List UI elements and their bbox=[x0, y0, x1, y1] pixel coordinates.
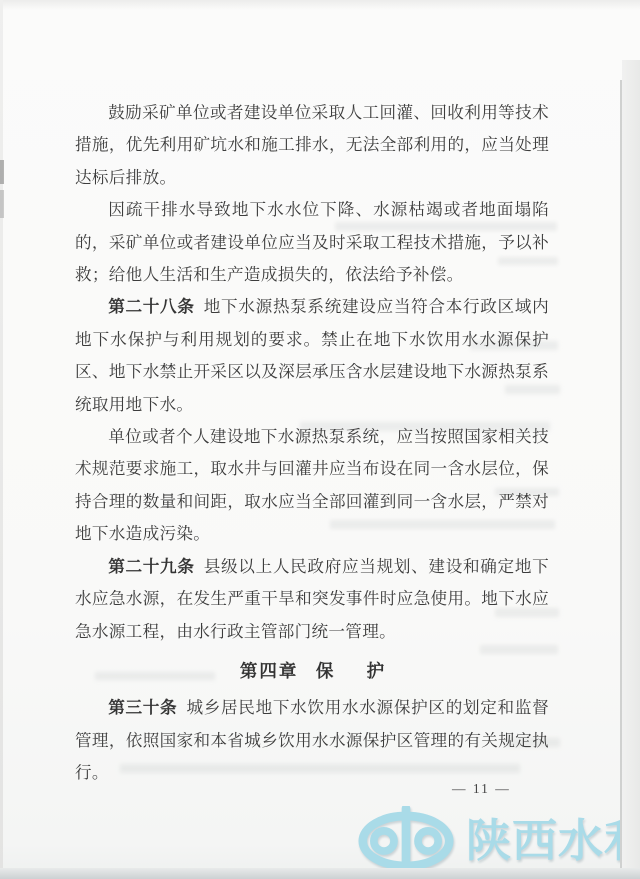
page-top-shadow bbox=[0, 0, 640, 10]
paragraph-text: 鼓励采矿单位或者建设单位采取人工回灌、回收利用等技术措施，优先利用矿坑水和施工排… bbox=[75, 103, 549, 187]
chapter-number: 第四章 bbox=[240, 661, 299, 681]
paragraph: 因疏干排水导致地下水水位下降、水源枯竭或者地面塌陷的，采矿单位或者建设单位应当及… bbox=[75, 194, 549, 291]
scan-right-edge bbox=[622, 60, 640, 879]
page-number: — 11 — bbox=[452, 781, 562, 797]
shaanxi-water-watermark: 陕西水利 bbox=[358, 804, 640, 876]
article-paragraph-28: 第二十八条地下水源热泵系统建设应当符合本行政区域内地下水保护与利用规划的要求。禁… bbox=[75, 291, 549, 421]
scanned-document-page: 鼓励采矿单位或者建设单位采取人工回灌、回收利用等技术措施，优先利用矿坑水和施工排… bbox=[0, 0, 640, 879]
chapter-title: 保护 bbox=[316, 661, 418, 681]
chapter-heading: 第四章保护 bbox=[75, 655, 549, 687]
article-number-label: 第二十九条 bbox=[108, 557, 194, 576]
watermark-text: 陕西水利 bbox=[466, 818, 640, 863]
article-paragraph-30: 第三十条城乡居民地下水饮用水水源保护区的划定和监督管理，依照国家和本省城乡饮用水… bbox=[75, 692, 549, 789]
shaanxi-water-logo-icon bbox=[358, 806, 454, 874]
paragraph-text: 因疏干排水导致地下水水位下降、水源枯竭或者地面塌陷的，采矿单位或者建设单位应当及… bbox=[75, 200, 549, 284]
binding-mark bbox=[0, 160, 4, 184]
paragraph: 单位或者个人建设地下水源热泵系统，应当按照国家相关技术规范要求施工，取水井与回灌… bbox=[75, 421, 549, 551]
paragraph: 鼓励采矿单位或者建设单位采取人工回灌、回收利用等技术措施，优先利用矿坑水和施工排… bbox=[75, 97, 549, 194]
article-number-label: 第三十条 bbox=[108, 698, 177, 717]
scan-left-edge bbox=[0, 0, 3, 879]
article-paragraph-29: 第二十九条县级以上人民政府应当规划、建设和确定地下水应急水源，在发生严重干旱和突… bbox=[75, 551, 549, 648]
scan-bottom-edge bbox=[0, 868, 640, 879]
document-body-text: 鼓励采矿单位或者建设单位采取人工回灌、回收利用等技术措施，优先利用矿坑水和施工排… bbox=[75, 97, 549, 790]
page-right-edge-line bbox=[620, 80, 622, 879]
binding-mark bbox=[0, 190, 4, 218]
article-number-label: 第二十八条 bbox=[108, 297, 194, 316]
paragraph-text: 单位或者个人建设地下水源热泵系统，应当按照国家相关技术规范要求施工，取水井与回灌… bbox=[75, 427, 549, 543]
